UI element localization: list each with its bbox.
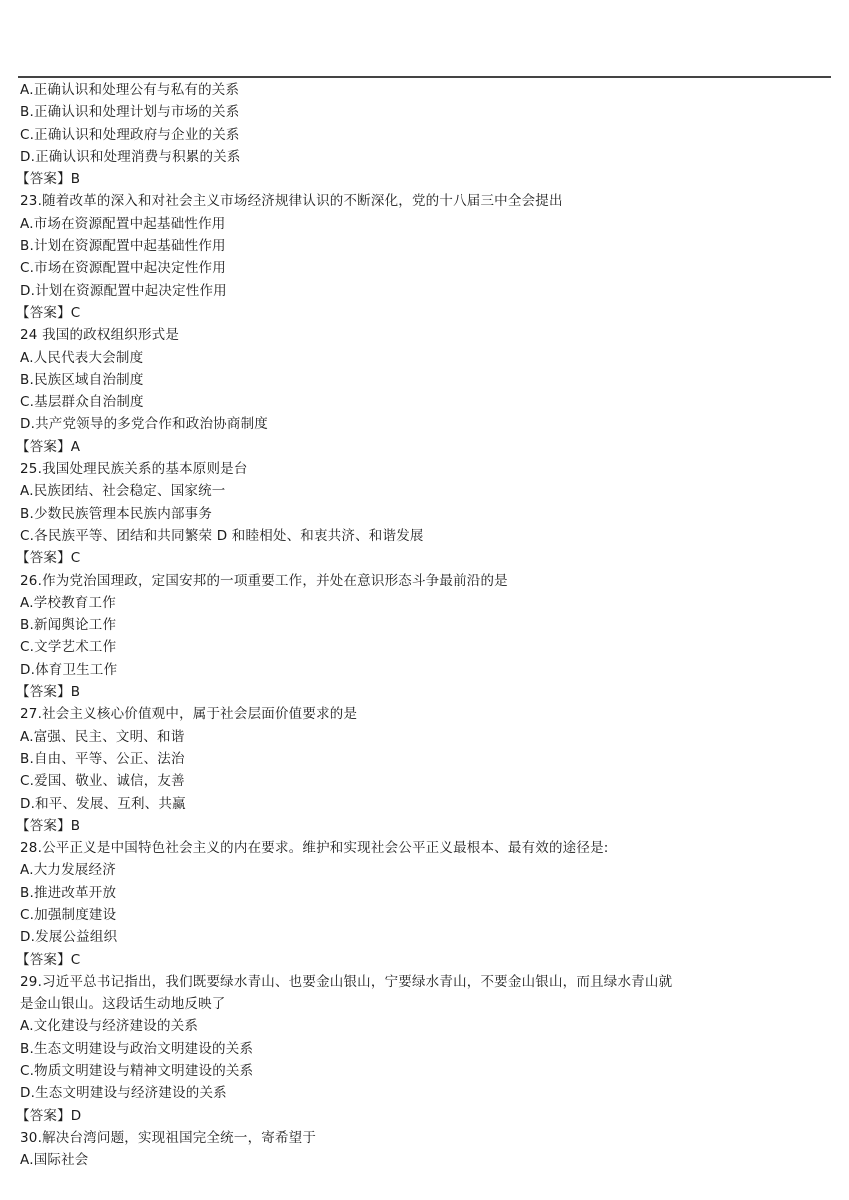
question-stem: 25.我国处理民族关系的基本原则是台 bbox=[20, 458, 830, 480]
question-stem-line-1: 29.习近平总书记指出，我们既要绿水青山、也要金山银山，宁要绿水青山，不要金山银… bbox=[20, 971, 830, 993]
header-rule bbox=[18, 76, 831, 78]
document-body: A.正确认识和处理公有与私有的关系 B.正确认识和处理计划与市场的关系 C.正确… bbox=[20, 79, 830, 1172]
question-24: 24 我国的政权组织形式是 A.人民代表大会制度 B.民族区域自治制度 C.基层… bbox=[20, 324, 830, 458]
option-d: D.共产党领导的多党合作和政治协商制度 bbox=[20, 413, 830, 435]
option-a: A.民族团结、社会稳定、国家统一 bbox=[20, 480, 830, 502]
answer: 【答案】C bbox=[16, 302, 830, 324]
option-b: B.民族区域自治制度 bbox=[20, 369, 830, 391]
option-b: B.推进改革开放 bbox=[20, 882, 830, 904]
answer: 【答案】C bbox=[16, 949, 830, 971]
option-c-d: C.各民族平等、团结和共同繁荣 D 和睦相处、和衷共济、和谐发展 bbox=[20, 525, 830, 547]
option-c: C.正确认识和处理政府与企业的关系 bbox=[20, 124, 830, 146]
answer: 【答案】B bbox=[16, 168, 830, 190]
option-b: B.少数民族管理本民族内部事务 bbox=[20, 503, 830, 525]
answer: 【答案】D bbox=[16, 1105, 830, 1127]
option-c: C.市场在资源配置中起决定性作用 bbox=[20, 257, 830, 279]
question-23: 23.随着改革的深入和对社会主义市场经济规律认识的不断深化，党的十八届三中全会提… bbox=[20, 190, 830, 324]
question-stem: 23.随着改革的深入和对社会主义市场经济规律认识的不断深化，党的十八届三中全会提… bbox=[20, 190, 830, 212]
question-27: 27.社会主义核心价值观中，属于社会层面价值要求的是 A.富强、民主、文明、和谐… bbox=[20, 703, 830, 837]
option-a: A.市场在资源配置中起基础性作用 bbox=[20, 213, 830, 235]
option-b: B.自由、平等、公正、法治 bbox=[20, 748, 830, 770]
option-d: D.体育卫生工作 bbox=[20, 659, 830, 681]
option-a: A.人民代表大会制度 bbox=[20, 347, 830, 369]
question-stem-line-2: 是金山银山。这段话生动地反映了 bbox=[20, 993, 830, 1015]
option-c: C.加强制度建设 bbox=[20, 904, 830, 926]
option-c: C.爱国、敬业、诚信，友善 bbox=[20, 770, 830, 792]
question-28: 28.公平正义是中国特色社会主义的内在要求。维护和实现社会公平正义最根本、最有效… bbox=[20, 837, 830, 971]
answer: 【答案】C bbox=[16, 547, 830, 569]
option-c: C.物质文明建设与精神文明建设的关系 bbox=[20, 1060, 830, 1082]
answer: 【答案】A bbox=[16, 436, 830, 458]
answer: 【答案】B bbox=[16, 815, 830, 837]
question-stem: 28.公平正义是中国特色社会主义的内在要求。维护和实现社会公平正义最根本、最有效… bbox=[20, 837, 830, 859]
option-d: D.和平、发展、互利、共赢 bbox=[20, 793, 830, 815]
option-c: C.基层群众自治制度 bbox=[20, 391, 830, 413]
option-b: B.生态文明建设与政治文明建设的关系 bbox=[20, 1038, 830, 1060]
option-d: D.计划在资源配置中起决定性作用 bbox=[20, 280, 830, 302]
option-a: A.国际社会 bbox=[20, 1149, 830, 1171]
answer: 【答案】B bbox=[16, 681, 830, 703]
question-stem: 30.解决台湾问题，实现祖国完全统一，寄希望于 bbox=[20, 1127, 830, 1149]
question-26: 26.作为党治国理政，定国安邦的一项重要工作，并处在意识形态斗争最前沿的是 A.… bbox=[20, 570, 830, 704]
option-b: B.正确认识和处理计划与市场的关系 bbox=[20, 101, 830, 123]
question-25: 25.我国处理民族关系的基本原则是台 A.民族团结、社会稳定、国家统一 B.少数… bbox=[20, 458, 830, 569]
question-29: 29.习近平总书记指出，我们既要绿水青山、也要金山银山，宁要绿水青山，不要金山银… bbox=[20, 971, 830, 1127]
option-b: B.计划在资源配置中起基础性作用 bbox=[20, 235, 830, 257]
option-a: A.富强、民主、文明、和谐 bbox=[20, 726, 830, 748]
option-a: A.文化建设与经济建设的关系 bbox=[20, 1015, 830, 1037]
question-stem: 27.社会主义核心价值观中，属于社会层面价值要求的是 bbox=[20, 703, 830, 725]
option-d: D.发展公益组织 bbox=[20, 926, 830, 948]
question-stem: 26.作为党治国理政，定国安邦的一项重要工作，并处在意识形态斗争最前沿的是 bbox=[20, 570, 830, 592]
option-a: A.大力发展经济 bbox=[20, 859, 830, 881]
question-stem: 24 我国的政权组织形式是 bbox=[20, 324, 830, 346]
option-d: D.生态文明建设与经济建设的关系 bbox=[20, 1082, 830, 1104]
option-c: C.文学艺术工作 bbox=[20, 636, 830, 658]
option-a: A.学校教育工作 bbox=[20, 592, 830, 614]
question-22-continued: A.正确认识和处理公有与私有的关系 B.正确认识和处理计划与市场的关系 C.正确… bbox=[20, 79, 830, 190]
option-d: D.正确认识和处理消费与积累的关系 bbox=[20, 146, 830, 168]
option-a: A.正确认识和处理公有与私有的关系 bbox=[20, 79, 830, 101]
option-b: B.新闻舆论工作 bbox=[20, 614, 830, 636]
question-30: 30.解决台湾问题，实现祖国完全统一，寄希望于 A.国际社会 bbox=[20, 1127, 830, 1172]
